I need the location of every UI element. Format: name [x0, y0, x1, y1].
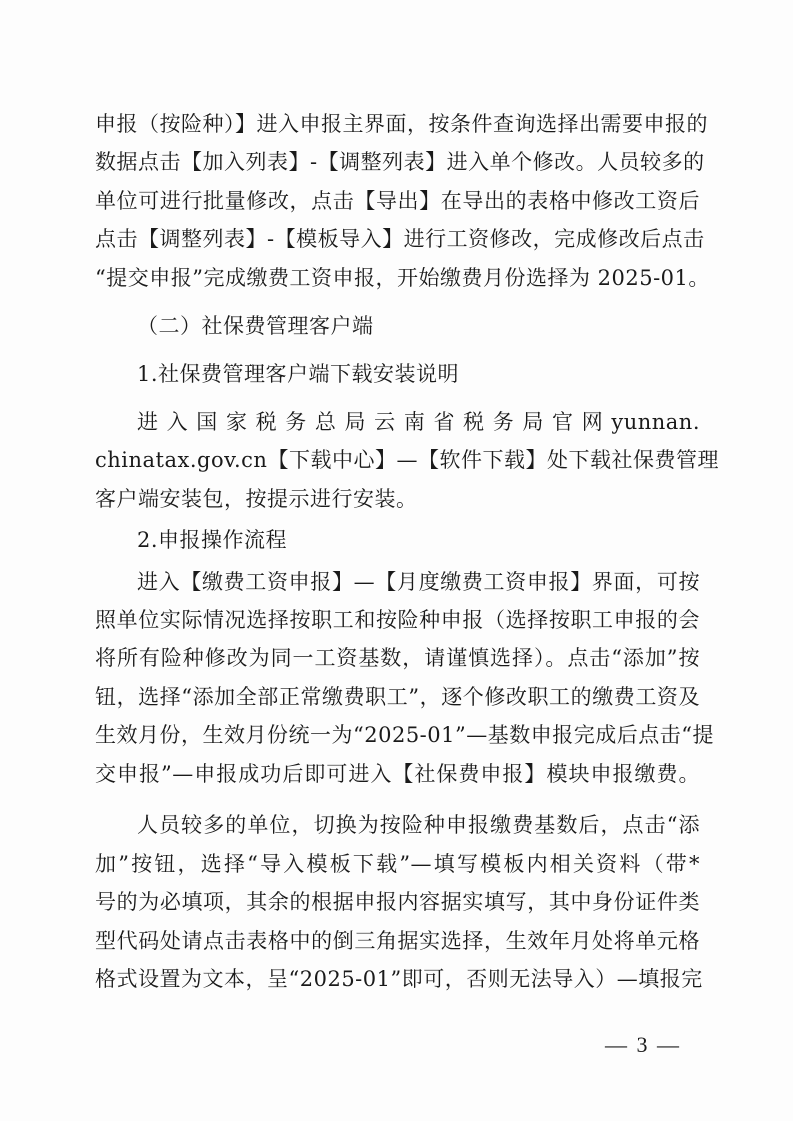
- body-line-1: 申报（按险种）】进入申报主界面，按条件查询选择出需要申报的: [95, 105, 700, 143]
- body-line-batch-1: 人员较多的单位，切换为按险种申报缴费基数后，点击“添: [137, 806, 700, 844]
- body-line-batch-3: 号的为必填项，其余的根据申报内容据实填写，其中身份证件类: [95, 883, 700, 921]
- body-line-process-5: 生效月份，生效月份统一为“2025-01”—基数申报完成后点击“提: [95, 716, 700, 754]
- body-line-5: “提交申报”完成缴费工资申报，开始缴费月份选择为 2025-01。: [95, 259, 700, 297]
- page-number: — 3 —: [605, 1030, 681, 1060]
- document-page: 申报（按险种）】进入申报主界面，按条件查询选择出需要申报的 数据点击【加入列表】…: [0, 0, 793, 1121]
- body-line-download-2: chinatax.gov.cn【下载中心】—【软件下载】处下载社保费管理: [95, 441, 700, 479]
- body-line-process-1: 进入【缴费工资申报】—【月度缴费工资申报】界面，可按: [137, 563, 700, 601]
- body-line-process-4: 钮，选择“添加全部正常缴费职工”，逐个修改职工的缴费工资及: [95, 678, 700, 716]
- body-line-process-2: 照单位实际情况选择按职工和按险种申报（选择按职工申报的会: [95, 601, 700, 639]
- body-line-batch-4: 型代码处请点击表格中的倒三角据实选择，生效年月处将单元格: [95, 922, 700, 960]
- body-line-batch-2: 加”按钮，选择“导入模板下载”—填写模板内相关资料（带*: [95, 845, 700, 883]
- section-heading-social-insurance-client: （二）社保费管理客户端: [137, 307, 700, 345]
- body-line-4: 点击【调整列表】-【模板导入】进行工资修改，完成修改后点击: [95, 220, 700, 258]
- body-line-process-6: 交申报”—申报成功后即可进入【社保费申报】模块申报缴费。: [95, 755, 700, 793]
- body-line-batch-5: 格式设置为文本，呈“2025-01”即可，否则无法导入）—填报完: [95, 960, 700, 998]
- subheading-download-install: 1.社保费管理客户端下载安装说明: [137, 355, 700, 393]
- subheading-filing-process: 2.申报操作流程: [137, 521, 700, 559]
- body-line-download-1: 进 入 国 家 税 务 总 局 云 南 省 税 务 局 官 网 yunnan.: [137, 403, 700, 441]
- body-line-2: 数据点击【加入列表】-【调整列表】进入单个修改。人员较多的: [95, 143, 700, 181]
- body-line-3: 单位可进行批量修改，点击【导出】在导出的表格中修改工资后: [95, 182, 700, 220]
- body-line-download-3: 客户端安装包，按提示进行安装。: [95, 480, 700, 518]
- body-line-process-3: 将所有险种修改为同一工资基数，请谨慎选择）。点击“添加”按: [95, 639, 700, 677]
